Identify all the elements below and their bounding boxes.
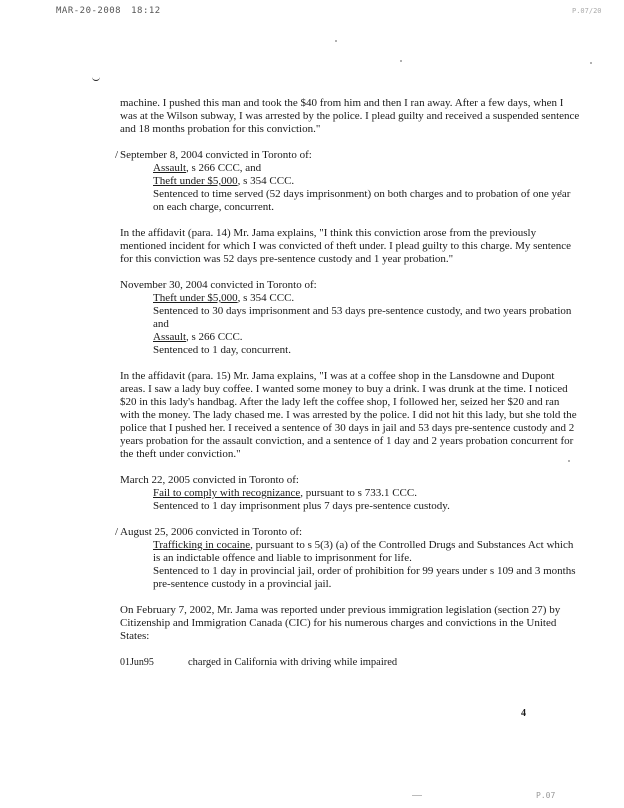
- charge-line: Theft under $5,000, s 354 CCC.: [153, 292, 580, 305]
- us-charge-row: 01Jun95 charged in California with drivi…: [120, 656, 580, 669]
- scan-speck: [590, 62, 592, 64]
- charge-line: Assault, s 266 CCC.: [153, 331, 580, 344]
- fax-time: 18:12: [131, 6, 161, 16]
- charge-line: Assault, s 266 CCC, and: [153, 162, 580, 175]
- footer-page-ref: P.07: [536, 791, 555, 800]
- scan-speck: [568, 460, 570, 462]
- conviction-block-sep-2004: /September 8, 2004 convicted in Toronto …: [120, 149, 580, 214]
- scan-speck: [560, 190, 562, 192]
- scan-speck: [335, 40, 337, 42]
- sentence-line: Sentenced to 30 days imprisonment and 53…: [153, 305, 580, 331]
- intro-paragraph: machine. I pushed this man and took the …: [120, 97, 580, 136]
- conviction-heading: November 30, 2004 convicted in Toronto o…: [120, 279, 580, 292]
- conviction-heading: /August 25, 2006 convicted in Toronto of…: [120, 526, 580, 539]
- fax-date: MAR-20-2008: [56, 6, 121, 16]
- conviction-details: Assault, s 266 CCC, and Theft under $5,0…: [120, 162, 580, 214]
- us-charge-description: charged in California with driving while…: [188, 656, 397, 669]
- fax-page-ref: P.07/20: [572, 7, 602, 15]
- charge-line: Theft under $5,000, s 354 CCC.: [153, 175, 580, 188]
- scan-mark: [92, 76, 100, 81]
- margin-tick: /: [115, 149, 118, 162]
- affidavit-paragraph-15: In the affidavit (para. 15) Mr. Jama exp…: [120, 370, 580, 461]
- conviction-details: Fail to comply with recognizance, pursua…: [120, 487, 580, 513]
- immigration-paragraph: On February 7, 2002, Mr. Jama was report…: [120, 604, 580, 643]
- affidavit-paragraph-14: In the affidavit (para. 14) Mr. Jama exp…: [120, 227, 580, 266]
- sentence-line: Sentenced to 1 day, concurrent.: [153, 344, 580, 357]
- charge-line: Trafficking in cocaine, pursuant to s 5(…: [153, 539, 580, 565]
- us-charge-date: 01Jun95: [120, 656, 188, 669]
- footer-mark: [412, 795, 422, 796]
- margin-tick: /: [115, 526, 118, 539]
- conviction-heading: March 22, 2005 convicted in Toronto of:: [120, 474, 580, 487]
- charge-line: Fail to comply with recognizance, pursua…: [153, 487, 580, 500]
- scan-speck: [400, 60, 402, 62]
- conviction-block-nov-2004: November 30, 2004 convicted in Toronto o…: [120, 279, 580, 357]
- page-number: 4: [521, 708, 526, 719]
- conviction-block-mar-2005: March 22, 2005 convicted in Toronto of: …: [120, 474, 580, 513]
- conviction-block-aug-2006: /August 25, 2006 convicted in Toronto of…: [120, 526, 580, 591]
- conviction-details: Theft under $5,000, s 354 CCC. Sentenced…: [120, 292, 580, 357]
- sentence-line: Sentenced to 1 day imprisonment plus 7 d…: [153, 500, 580, 513]
- conviction-details: Trafficking in cocaine, pursuant to s 5(…: [120, 539, 580, 591]
- document-body: machine. I pushed this man and took the …: [120, 97, 580, 669]
- sentence-line: Sentenced to time served (52 days impris…: [153, 188, 580, 214]
- fax-header: MAR-20-200818:12: [56, 6, 161, 16]
- conviction-heading: /September 8, 2004 convicted in Toronto …: [120, 149, 580, 162]
- sentence-line: Sentenced to 1 day in provincial jail, o…: [153, 565, 580, 591]
